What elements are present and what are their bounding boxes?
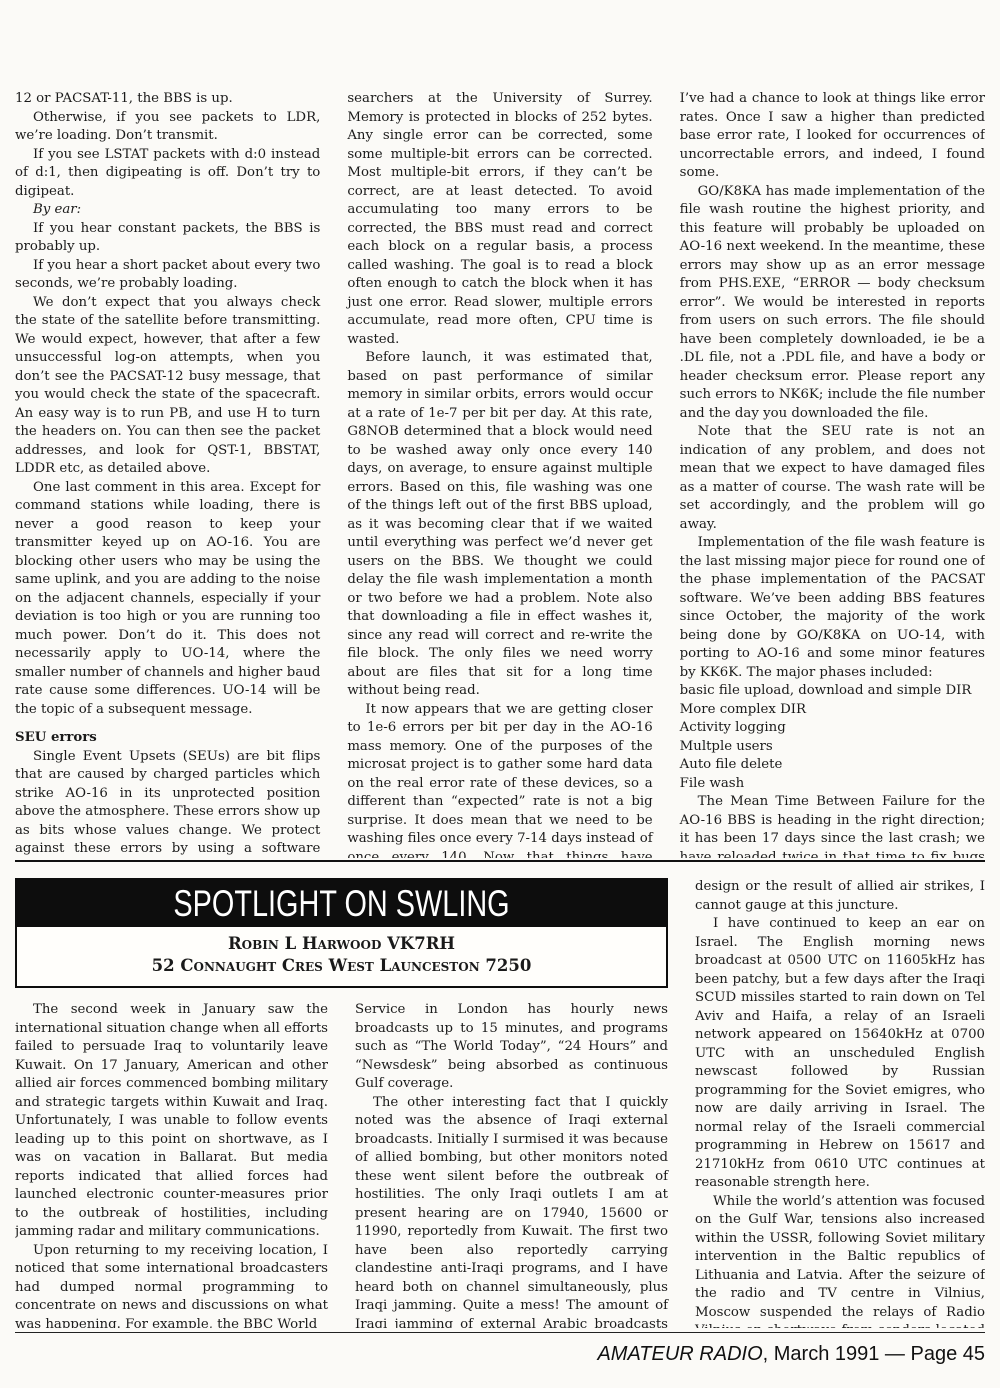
page-footer: AMATEUR RADIO, March 1991 — Page 45 [15, 1332, 985, 1366]
phase-list-item: File wash [680, 775, 985, 794]
magazine-page: 12 or PACSAT-11, the BBS is up. Otherwis… [0, 0, 1000, 1388]
paragraph: Implementation of the file wash feature … [680, 534, 985, 682]
bottom-article-column-2: Service in London has hourly news broadc… [355, 1001, 668, 1328]
section-divider-rule [15, 860, 985, 862]
spotlight-byline: Robin L Harwood VK7RH 52 Connaught Cres … [17, 927, 666, 986]
footer-issue-page: , March 1991 — Page 45 [763, 1343, 985, 1365]
paragraph: 12 or PACSAT-11, the BBS is up. [15, 90, 320, 109]
spotlight-header-box: SPOTLIGHT ON SWLING Robin L Harwood VK7R… [15, 878, 668, 988]
top-article-column-1: 12 or PACSAT-11, the BBS is up. Otherwis… [15, 90, 320, 858]
article-title: SPOTLIGHT ON SWLING [173, 880, 509, 927]
paragraph: The Mean Time Between Failure for the AO… [680, 793, 985, 858]
bottom-article: SPOTLIGHT ON SWLING Robin L Harwood VK7R… [15, 872, 985, 1328]
phase-list-item: Activity logging [680, 719, 985, 738]
paragraph: Single Event Upsets (SEUs) are bit flips… [15, 748, 320, 859]
paragraph: Otherwise, if you see packets to LDR, we… [15, 109, 320, 146]
phase-list-item: Auto file delete [680, 756, 985, 775]
paragraph: I’ve had a chance to look at things like… [680, 90, 985, 183]
phase-list-item: More complex DIR [680, 701, 985, 720]
author-name: Robin L Harwood VK7RH [21, 933, 662, 955]
spotlight-title-banner: SPOTLIGHT ON SWLING [17, 880, 666, 927]
section-heading-seu-errors: SEU errors [15, 729, 320, 748]
paragraph: Upon returning to my receiving location,… [15, 1242, 328, 1329]
phase-list-item: basic file upload, download and simple D… [680, 682, 985, 701]
phase-list-item: Multple users [680, 738, 985, 757]
bottom-article-column-3: design or the result of allied air strik… [695, 872, 985, 1328]
paragraph: Service in London has hourly news broadc… [355, 1001, 668, 1094]
journal-title: AMATEUR RADIO [597, 1343, 762, 1365]
paragraph: I have continued to keep an ear on Israe… [695, 915, 985, 1193]
paragraph: The second week in January saw the inter… [15, 1001, 328, 1242]
paragraph: GO/K8KA has made implementation of the f… [680, 183, 985, 424]
paragraph: Before launch, it was estimated that, ba… [347, 349, 652, 701]
top-article: 12 or PACSAT-11, the BBS is up. Otherwis… [15, 90, 985, 858]
paragraph: If you hear a short packet about every t… [15, 257, 320, 294]
paragraph: If you hear constant packets, the BBS is… [15, 220, 320, 257]
spotlight-article-area: SPOTLIGHT ON SWLING Robin L Harwood VK7R… [15, 872, 668, 1328]
author-address: 52 Connaught Cres West Launceston 7250 [21, 955, 662, 977]
paragraph: If you see LSTAT packets with d:0 instea… [15, 146, 320, 202]
bottom-article-column-1: The second week in January saw the inter… [15, 1001, 328, 1328]
spotlight-article-columns: The second week in January saw the inter… [15, 1001, 668, 1328]
top-article-column-3: I’ve had a chance to look at things like… [680, 90, 985, 858]
paragraph: One last comment in this area. Except fo… [15, 479, 320, 720]
paragraph: By ear: [15, 201, 320, 220]
paragraph: While the world’s attention was focused … [695, 1193, 985, 1329]
paragraph: The other interesting fact that I quickl… [355, 1094, 668, 1329]
paragraph: searchers at the University of Surrey. M… [347, 90, 652, 349]
paragraph: It now appears that we are getting close… [347, 701, 652, 859]
paragraph: design or the result of allied air strik… [695, 878, 985, 915]
paragraph: Note that the SEU rate is not an indicat… [680, 423, 985, 534]
paragraph: We don’t expect that you always check th… [15, 294, 320, 479]
top-article-column-2: searchers at the University of Surrey. M… [347, 90, 652, 858]
